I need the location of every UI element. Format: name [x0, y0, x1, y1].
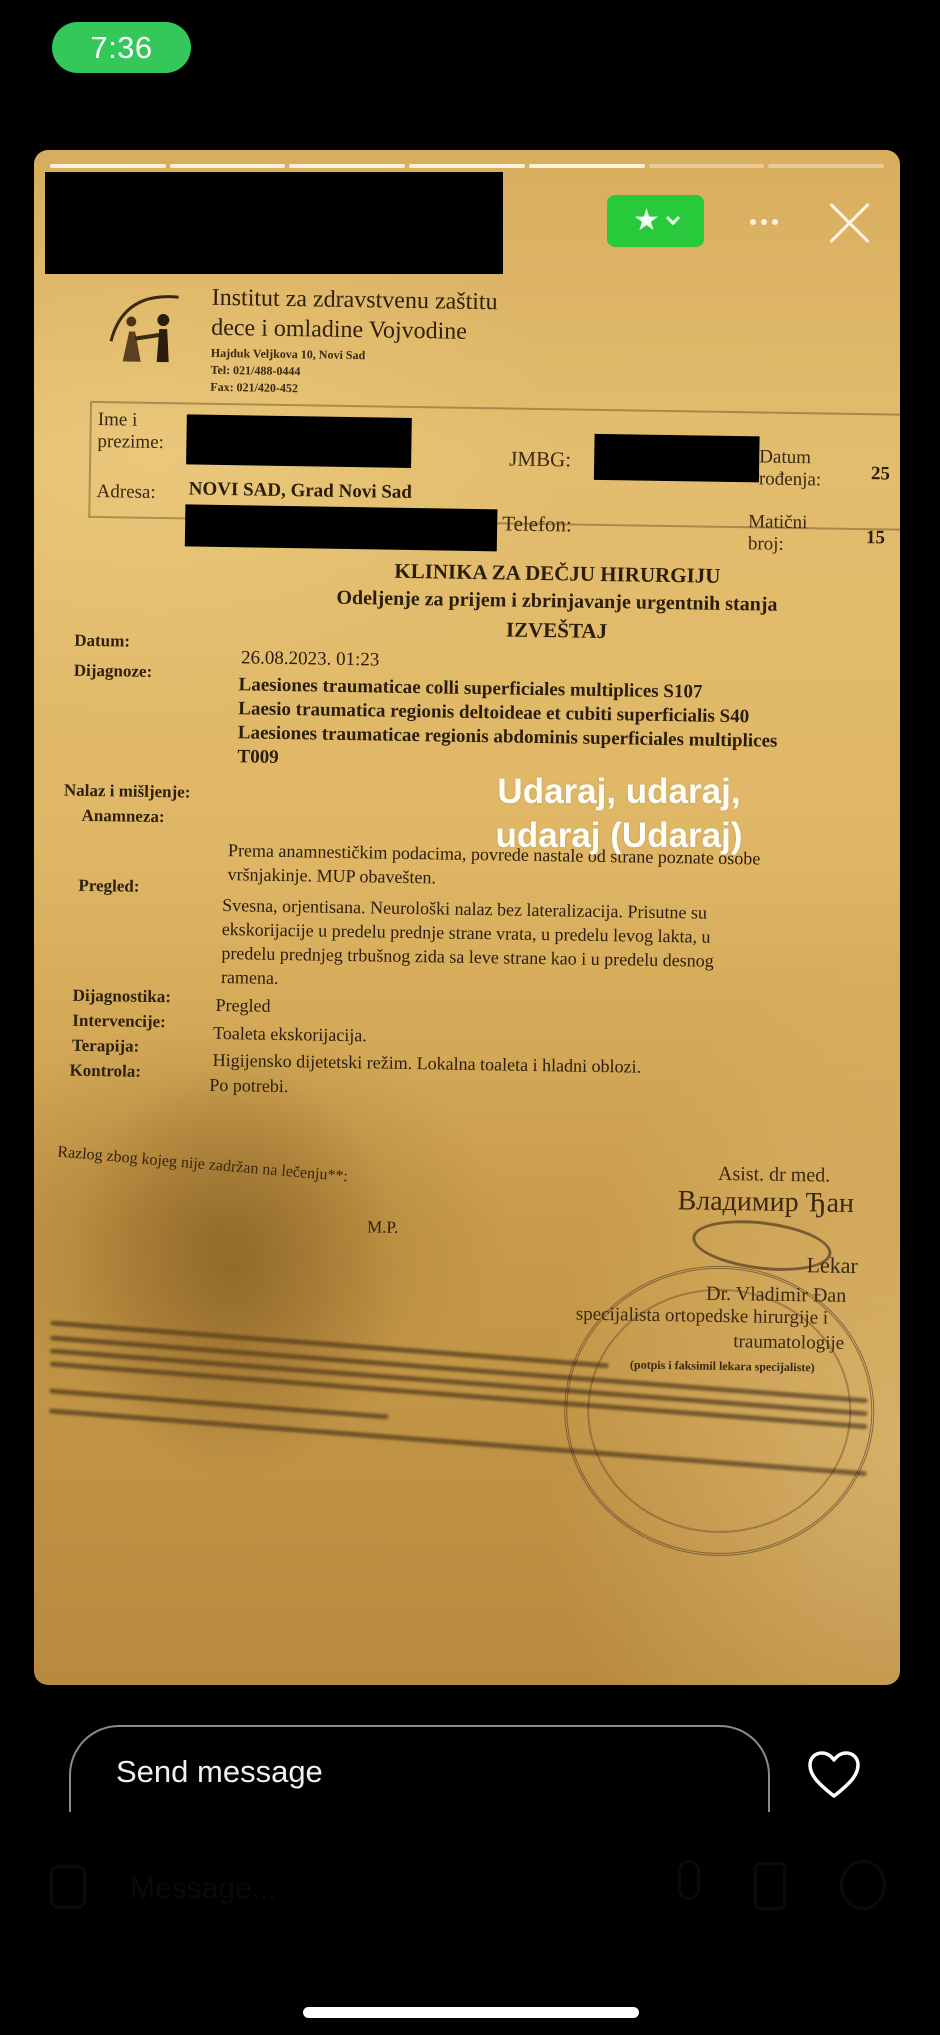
- input-mask: [60, 1812, 780, 1842]
- lekar-label: Lekar: [806, 1252, 858, 1279]
- story-viewer[interactable]: Institut za zdravstvenu zaštitu dece i o…: [34, 150, 900, 1685]
- faded-message-placeholder: Message...: [130, 1872, 277, 1906]
- doctor-name-cyrillic: Владимир Ђан: [677, 1185, 854, 1220]
- status-time: 7:36: [52, 22, 191, 73]
- seal-label: M.P.: [367, 1215, 399, 1239]
- address-value: NOVI SAD, Grad Novi Sad: [189, 478, 413, 504]
- story-progress-segment: [289, 164, 405, 168]
- story-progress-segment: [50, 164, 166, 168]
- microphone-icon: [678, 1860, 700, 1900]
- therapy-label: Terapija:: [72, 1036, 140, 1057]
- control-label: Kontrola:: [69, 1061, 141, 1082]
- reg-number-partial: 15: [866, 527, 885, 549]
- exam-text: Svesna, orjentisana. Neurološki nalaz be…: [221, 893, 715, 997]
- control-value: Po potrebi.: [209, 1073, 288, 1098]
- story-progress-segment: [170, 164, 286, 168]
- clinic-title: KLINIKA ZA DEČJU HIRURGIJU: [347, 558, 767, 590]
- findings-label: Nalaz i mišljenje:: [64, 781, 191, 803]
- diagnoses-label: Dijagnoze:: [74, 661, 153, 682]
- home-indicator[interactable]: [303, 2007, 639, 2018]
- doctor-title: Asist. dr med.: [718, 1163, 831, 1188]
- story-progress-segment: [768, 164, 884, 168]
- interventions-label: Intervencije:: [72, 1011, 166, 1032]
- story-progress-segment: [649, 164, 765, 168]
- name-label: Ime i prezime:: [97, 409, 178, 454]
- send-message-placeholder: Send message: [116, 1754, 323, 1790]
- report-title: IZVEŠTAJ: [406, 616, 706, 646]
- more-options-button[interactable]: [742, 202, 786, 242]
- more-dot-icon: [761, 219, 767, 225]
- faded-message-bar: Message...: [40, 1860, 900, 1920]
- dob-label: Datum rođenja:: [759, 446, 840, 491]
- not-retained-reason: Razlog zbog kojeg nije zadržan na lečenj…: [56, 1141, 348, 1190]
- jmbg-label: JMBG:: [509, 448, 571, 471]
- redacted-jmbg: [594, 434, 760, 483]
- institution-name-line1: Institut za zdravstvenu zaštitu: [211, 283, 497, 317]
- heart-icon[interactable]: [806, 1750, 862, 1800]
- exam-label: Pregled:: [78, 876, 139, 897]
- department-title: Odeljenje za prijem i zbrinjavanje urgen…: [237, 585, 877, 618]
- diagnostics-value: Pregled: [215, 993, 270, 1018]
- date-value: 26.08.2023. 01:23: [241, 646, 380, 672]
- more-dot-icon: [750, 219, 756, 225]
- redacted-address: [185, 504, 498, 551]
- reg-number-label: Matični broj:: [748, 511, 829, 556]
- institution-fax: Fax: 021/420-452: [210, 379, 365, 398]
- close-friends-badge[interactable]: ★: [607, 195, 704, 247]
- diagnoses-list: Laesiones traumaticae colli superficiale…: [237, 673, 778, 777]
- redacted-username: [45, 172, 503, 274]
- medical-report-photo: Institut za zdravstvenu zaštitu dece i o…: [34, 150, 900, 1685]
- diagnostics-label: Dijagnostika:: [73, 986, 172, 1008]
- chevron-down-icon: [666, 211, 680, 225]
- story-progress-segment: [409, 164, 525, 168]
- institution-name-line2: dece i omladine Vojvodine: [211, 313, 497, 347]
- star-icon: ★: [633, 206, 660, 236]
- institute-logo-icon: [103, 286, 194, 367]
- close-icon[interactable]: [826, 198, 874, 246]
- anamnesis-label: Anamneza:: [81, 806, 164, 827]
- plus-icon: [840, 1860, 886, 1910]
- gallery-icon: [754, 1862, 786, 1910]
- story-progress-segment: [529, 164, 645, 168]
- institution-name: Institut za zdravstvenu zaštitu dece i o…: [211, 283, 498, 347]
- footnotes: [34, 150, 900, 164]
- story-progress-bar: [50, 164, 884, 168]
- dob-value-partial: 25: [871, 463, 890, 485]
- address-label: Adresa:: [96, 481, 155, 504]
- camera-icon: [50, 1865, 86, 1909]
- date-label: Datum:: [74, 631, 130, 652]
- interventions-value: Toaleta ekskorijacija.: [213, 1021, 367, 1047]
- story-caption: Udaraj, udaraj, udaraj (Udaraj): [454, 770, 784, 858]
- institution-contacts: Hajduk Veljkova 10, Novi Sad Tel: 021/48…: [210, 345, 365, 398]
- more-dot-icon: [772, 219, 778, 225]
- redacted-name: [186, 414, 412, 468]
- phone-label: Telefon:: [502, 512, 572, 535]
